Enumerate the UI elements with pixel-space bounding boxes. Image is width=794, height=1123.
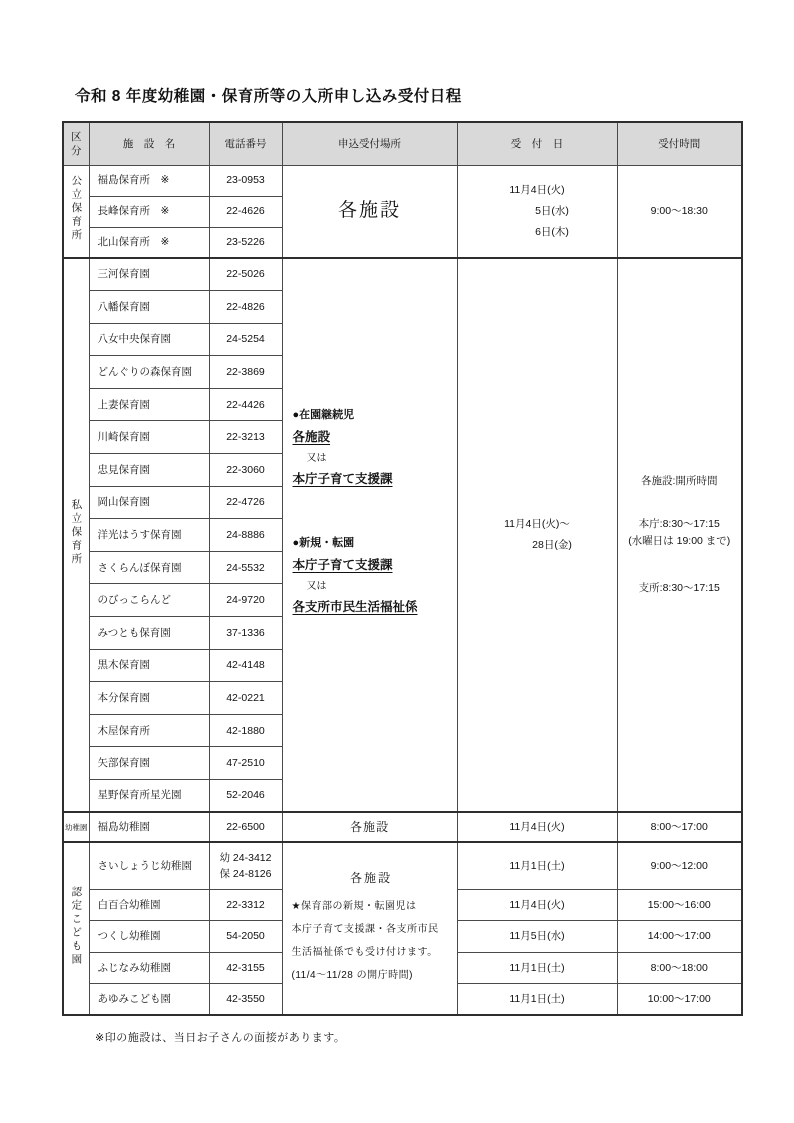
phone-cell: 22-6500 (209, 812, 282, 842)
phone-cell: 47-2510 (209, 747, 282, 780)
place-label: 各施設 (338, 200, 401, 221)
facility-name-cell: つくし幼稚園 (89, 921, 209, 953)
facility-name-cell: 矢部保育園 (89, 747, 209, 780)
category-cell-private: 私立保育所 (63, 258, 89, 812)
facility-name-cell: 木屋保育所 (89, 714, 209, 747)
phone-cell: 24-9720 (209, 584, 282, 617)
facility-name-cell: さくらんぼ保育園 (89, 551, 209, 584)
time-line: 各施設:開所時間 (622, 473, 738, 490)
time-cell: 15:00～16:00 (617, 889, 742, 921)
date-cell: 11月4日(火) (457, 812, 617, 842)
table-row: 私立保育所 三河保育園 22-5026 ●在園継続児 各施設 又は 本庁子育て支… (63, 258, 742, 291)
category-cell-kindergarten: 幼稚園 (63, 812, 89, 842)
facility-name-cell: 福島幼稚園 (89, 812, 209, 842)
facility-name-cell: 上妻保育園 (89, 388, 209, 421)
facility-name-cell: のびっこらんど (89, 584, 209, 617)
date-cell: 11月1日(土) (457, 842, 617, 889)
col-header-place: 申込受付場所 (282, 122, 457, 165)
facility-name-cell: みつとも保育園 (89, 617, 209, 650)
col-header-time: 受付時間 (617, 122, 742, 165)
phone-line: 保 24-8126 (214, 866, 278, 882)
table-row: 公立保育所 福島保育所 ※ 23-0953 各施設 11月4日(火) 5日(水)… (63, 165, 742, 196)
time-line: 支所:8:30～17:15 (622, 580, 738, 597)
time-cell: 8:00～17:00 (617, 812, 742, 842)
place-option: 本庁子育て支援課 (293, 471, 453, 488)
facility-name-cell: 黒木保育園 (89, 649, 209, 682)
facility-name-cell: 星野保育所星光園 (89, 780, 209, 813)
phone-cell: 42-1880 (209, 714, 282, 747)
date-line: 11月4日(火)～ (462, 514, 613, 535)
phone-cell: 24-5532 (209, 551, 282, 584)
phone-cell: 22-3213 (209, 421, 282, 454)
category-label: 公立保育所 (69, 175, 83, 243)
place-label: 各施設 (350, 820, 389, 834)
time-line: (水曜日は 19:00 まで) (622, 533, 738, 550)
facility-name-cell: あゆみこども園 (89, 984, 209, 1016)
place-or-label: 又は (307, 452, 453, 466)
date-cell-public: 11月4日(火) 5日(水) 6日(木) (457, 165, 617, 258)
phone-cell: 22-4826 (209, 291, 282, 324)
date-cell: 11月1日(土) (457, 952, 617, 984)
phone-cell: 37-1336 (209, 617, 282, 650)
date-cell: 11月1日(土) (457, 984, 617, 1016)
schedule-table: 区分 施 設 名 電話番号 申込受付場所 受 付 日 受付時間 公立保育所 福島… (62, 121, 743, 1016)
place-option: 各支所市民生活福祉係 (293, 599, 453, 616)
place-cell-public: 各施設 (282, 165, 457, 258)
place-option: 本庁子育て支援課 (293, 557, 453, 574)
place-note-line: 本庁子育て支援課・各支所市民 (292, 918, 451, 941)
date-cell-private: 11月4日(火)～ 28日(金) (457, 258, 617, 812)
col-header-phone: 電話番号 (209, 122, 282, 165)
facility-name-cell: 三河保育園 (89, 258, 209, 291)
facility-name-cell: 長峰保育所 ※ (89, 196, 209, 227)
phone-cell: 22-3312 (209, 889, 282, 921)
time-cell: 9:00～12:00 (617, 842, 742, 889)
col-header-category: 区分 (63, 122, 89, 165)
page-title: 令和 8 年度幼稚園・保育所等の入所申し込み受付日程 (75, 84, 794, 106)
facility-name-cell: 忠見保育園 (89, 454, 209, 487)
date-line: 11月4日(火) (462, 180, 613, 201)
time-line: 本庁:8:30～17:15 (622, 516, 738, 533)
facility-name-cell: さいしょうじ幼稚園 (89, 842, 209, 889)
place-or-label: 又は (307, 580, 453, 594)
phone-cell: 24-8886 (209, 519, 282, 552)
table-row: 幼稚園 福島幼稚園 22-6500 各施設 11月4日(火) 8:00～17:0… (63, 812, 742, 842)
category-label: 認定こども園 (69, 886, 83, 967)
phone-cell: 42-4148 (209, 649, 282, 682)
category-cell-public: 公立保育所 (63, 165, 89, 258)
phone-cell: 42-3155 (209, 952, 282, 984)
place-label: 各施設 (292, 870, 451, 886)
place-note-line: 生活福祉係でも受け付けます。 (292, 941, 451, 964)
facility-name-cell: 岡山保育園 (89, 486, 209, 519)
facility-name-cell: 八幡保育園 (89, 291, 209, 324)
date-cell: 11月5日(水) (457, 921, 617, 953)
place-note-line: (11/4～11/28 の開庁時間) (292, 964, 451, 987)
time-cell-public: 9:00～18:30 (617, 165, 742, 258)
facility-name-cell: 八女中央保育園 (89, 323, 209, 356)
footer-note: ※印の施設は、当日お子さんの面接があります。 (95, 1029, 794, 1045)
phone-cell: 幼 24-3412 保 24-8126 (209, 842, 282, 889)
phone-cell: 22-3060 (209, 454, 282, 487)
phone-cell: 22-3869 (209, 356, 282, 389)
date-line: 28日(金) (462, 535, 613, 556)
category-label: 幼稚園 (65, 823, 88, 832)
phone-cell: 22-5026 (209, 258, 282, 291)
facility-name-cell: ふじなみ幼稚園 (89, 952, 209, 984)
place-heading-continuing: ●在園継続児 (293, 408, 453, 423)
col-header-date: 受 付 日 (457, 122, 617, 165)
header-row: 区分 施 設 名 電話番号 申込受付場所 受 付 日 受付時間 (63, 122, 742, 165)
col-header-facility: 施 設 名 (89, 122, 209, 165)
time-cell: 14:00～17:00 (617, 921, 742, 953)
facility-name-cell: 福島保育所 ※ (89, 165, 209, 196)
time-cell: 10:00～17:00 (617, 984, 742, 1016)
place-cell-private: ●在園継続児 各施設 又は 本庁子育て支援課 ●新規・転園 本庁子育て支援課 又… (282, 258, 457, 812)
facility-name-cell: 白百合幼稚園 (89, 889, 209, 921)
category-cell-certified: 認定こども園 (63, 842, 89, 1015)
facility-name-cell: 川崎保育園 (89, 421, 209, 454)
time-cell: 8:00～18:00 (617, 952, 742, 984)
place-heading-new: ●新規・転園 (293, 536, 453, 551)
facility-name-cell: 洋光はうす保育園 (89, 519, 209, 552)
date-line: 6日(木) (462, 222, 613, 243)
facility-name-cell: どんぐりの森保育園 (89, 356, 209, 389)
phone-cell: 23-5226 (209, 227, 282, 258)
table-row: 認定こども園 さいしょうじ幼稚園 幼 24-3412 保 24-8126 各施設… (63, 842, 742, 889)
place-option: 各施設 (293, 429, 453, 446)
document-page: 令和 8 年度幼稚園・保育所等の入所申し込み受付日程 区分 施 設 名 電話番号… (0, 0, 794, 1123)
phone-line: 幼 24-3412 (214, 850, 278, 866)
time-cell-private: 各施設:開所時間 本庁:8:30～17:15 (水曜日は 19:00 まで) 支… (617, 258, 742, 812)
phone-cell: 22-4426 (209, 388, 282, 421)
phone-cell: 22-4626 (209, 196, 282, 227)
place-cell-kindergarten: 各施設 (282, 812, 457, 842)
facility-name-cell: 本分保育園 (89, 682, 209, 715)
place-note-line: ★保育部の新規・転園児は (292, 895, 451, 918)
category-label: 私立保育所 (69, 499, 83, 567)
phone-cell: 42-0221 (209, 682, 282, 715)
date-line: 5日(水) (462, 201, 613, 222)
phone-cell: 22-4726 (209, 486, 282, 519)
phone-cell: 24-5254 (209, 323, 282, 356)
facility-name-cell: 北山保育所 ※ (89, 227, 209, 258)
phone-cell: 52-2046 (209, 780, 282, 813)
date-cell: 11月4日(火) (457, 889, 617, 921)
phone-cell: 42-3550 (209, 984, 282, 1016)
phone-cell: 54-2050 (209, 921, 282, 953)
phone-cell: 23-0953 (209, 165, 282, 196)
place-cell-certified: 各施設 ★保育部の新規・転園児は 本庁子育て支援課・各支所市民 生活福祉係でも受… (282, 842, 457, 1015)
